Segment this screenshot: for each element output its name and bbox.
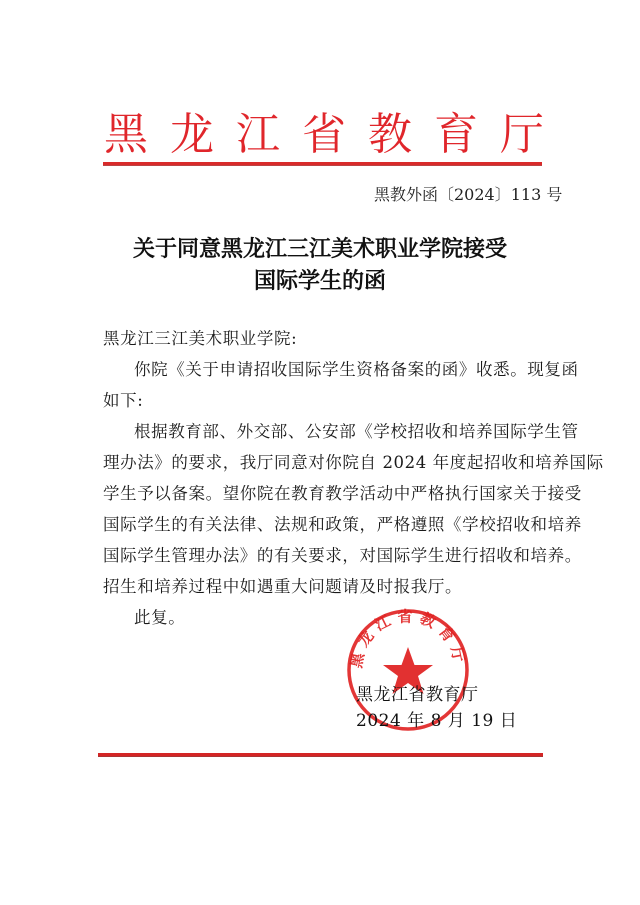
letterhead-divider xyxy=(103,162,542,165)
document-title-line-1: 关于同意黑龙江三江美术职业学院接受 xyxy=(0,232,640,263)
body-line: 学生予以备案。望你院在教育教学活动中严格执行国家关于接受 xyxy=(103,480,543,504)
letterhead-char: 江 xyxy=(236,98,280,162)
letterhead-char: 龙 xyxy=(170,98,214,162)
body-line: 你院《关于申请招收国际学生资格备案的函》收悉。现复函 xyxy=(134,356,574,380)
letterhead-char: 育 xyxy=(434,98,478,162)
letterhead-title: 黑 龙 江 省 教 育 厅 xyxy=(104,100,544,160)
footer-divider xyxy=(98,753,543,756)
body-line: 根据教育部、外交部、公安部《学校招收和培养国际学生管 xyxy=(134,418,574,442)
signature-org: 黑龙江省教育厅 xyxy=(356,680,479,705)
salutation: 黑龙江三江美术职业学院: xyxy=(103,325,543,349)
body-line: 国际学生管理办法》的有关要求，对国际学生进行招收和培养。 xyxy=(103,542,543,566)
letterhead-char: 厅 xyxy=(500,98,544,162)
document-title-line-2: 国际学生的函 xyxy=(0,264,640,295)
signature-date: 2024 年 8 月 19 日 xyxy=(356,706,517,731)
body-line: 如下: xyxy=(103,387,543,411)
body-line: 国际学生的有关法律、法规和政策，严格遵照《学校招收和培养 xyxy=(103,511,543,535)
document-number: 黑教外函〔2024〕113 号 xyxy=(374,182,562,205)
body-line: 理办法》的要求，我厅同意对你院自 2024 年度起招收和培养国际 xyxy=(103,449,543,473)
body-line: 招生和培养过程中如遇重大问题请及时报我厅。 xyxy=(103,573,543,597)
letterhead-char: 黑 xyxy=(104,98,148,162)
letterhead-char: 省 xyxy=(302,98,346,162)
letterhead-char: 教 xyxy=(368,98,412,162)
